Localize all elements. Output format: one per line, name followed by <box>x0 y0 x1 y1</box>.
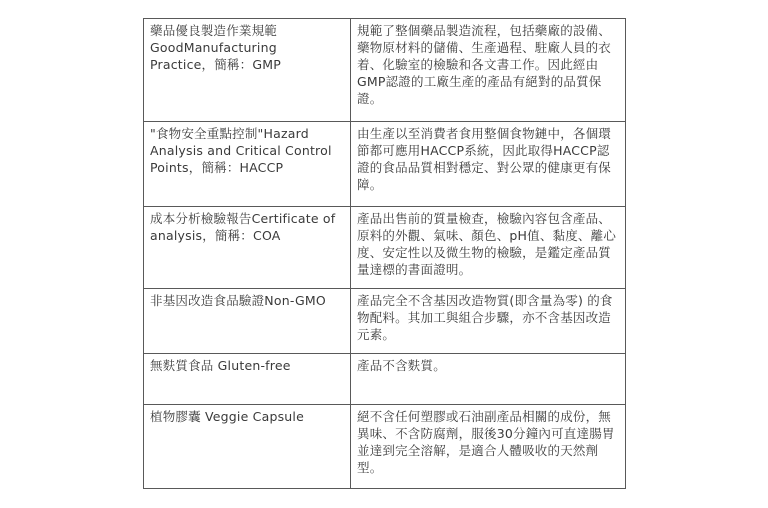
certifications-table-body: 藥品優良製造作業規範 GoodManufacturing Practice，簡稱… <box>144 19 626 489</box>
term-cell[interactable]: 成本分析檢驗報告Certificate of analysis，簡稱：COA <box>144 207 351 289</box>
term-cell[interactable]: 植物膠囊 Veggie Capsule <box>144 405 351 489</box>
description-cell[interactable]: 產品完全不含基因改造物質(即含量為零) 的食物配料。其加工與組合步驟，亦不含基因… <box>351 289 626 354</box>
term-cell[interactable]: 無麩質食品 Gluten-free <box>144 354 351 405</box>
table-row: 非基因改造食品驗證Non-GMO 產品完全不含基因改造物質(即含量為零) 的食物… <box>144 289 626 354</box>
term-cell[interactable]: "食物安全重點控制"Hazard Analysis and Critical C… <box>144 122 351 207</box>
description-cell[interactable]: 絕不含任何塑膠或石油副產品相關的成份，無異味、不含防腐劑，服後30分鐘內可直達腸… <box>351 405 626 489</box>
description-cell[interactable]: 規範了整個藥品製造流程，包括藥廠的設備、藥物原材料的儲備、生產過程、駐廠人員的衣… <box>351 19 626 122</box>
table-row: 成本分析檢驗報告Certificate of analysis，簡稱：COA 產… <box>144 207 626 289</box>
table-row: "食物安全重點控制"Hazard Analysis and Critical C… <box>144 122 626 207</box>
certifications-table: 藥品優良製造作業規範 GoodManufacturing Practice，簡稱… <box>143 18 626 489</box>
description-cell[interactable]: 產品不含麩質。 <box>351 354 626 405</box>
table-row: 無麩質食品 Gluten-free 產品不含麩質。 <box>144 354 626 405</box>
table-row: 植物膠囊 Veggie Capsule 絕不含任何塑膠或石油副產品相關的成份，無… <box>144 405 626 489</box>
term-cell[interactable]: 藥品優良製造作業規範 GoodManufacturing Practice，簡稱… <box>144 19 351 122</box>
document-page: 藥品優良製造作業規範 GoodManufacturing Practice，簡稱… <box>0 0 768 508</box>
description-cell[interactable]: 由生產以至消費者食用整個食物鏈中，各個環節都可應用HACCP系統，因此取得HAC… <box>351 122 626 207</box>
description-cell[interactable]: 產品出售前的質量檢查，檢驗內容包含產品、原料的外觀、氣味、顏色、pH值、黏度、離… <box>351 207 626 289</box>
table-row: 藥品優良製造作業規範 GoodManufacturing Practice，簡稱… <box>144 19 626 122</box>
term-cell[interactable]: 非基因改造食品驗證Non-GMO <box>144 289 351 354</box>
